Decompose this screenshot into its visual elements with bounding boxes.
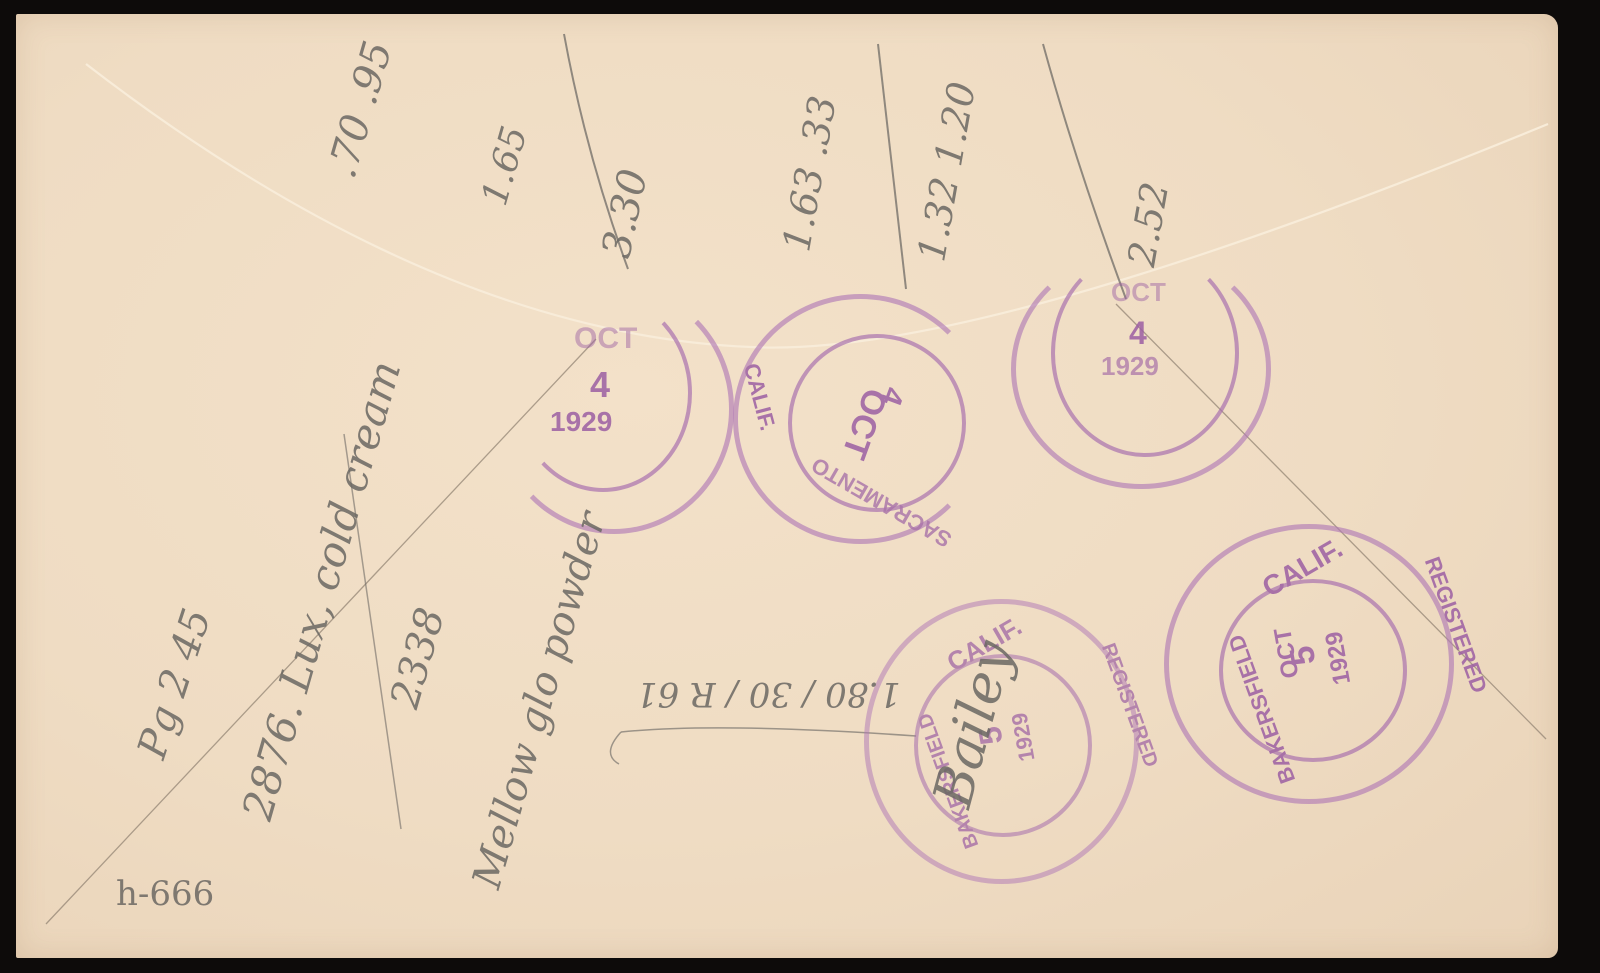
postmark-year: 1929 <box>550 406 612 438</box>
postmark-day: 4 <box>590 364 610 406</box>
postmark-year: 1929 <box>1101 351 1159 382</box>
postmark-bakersfield-registered-left: CALIF. REGISTERED BAKERSFIELD 5 1929 <box>864 599 1139 884</box>
pencil-note-bottom-left: h-666 <box>116 874 214 914</box>
postmark-sacramento-center: OCT 4 SACRAMENTO CALIF. <box>733 294 988 544</box>
pencil-note-middle: 1.80 / 30 / R 61 <box>636 674 901 714</box>
postmark-month: OCT <box>1111 277 1166 308</box>
postmark-day: 4 <box>1129 315 1147 352</box>
envelope-back: OCT 4 1929 OCT 4 SACRAMENTO CALIF. OCT 4… <box>16 14 1558 958</box>
postmark-month: OCT <box>574 322 637 356</box>
postmark-sacramento-left: OCT 4 1929 <box>494 284 734 534</box>
postmark-sacramento-right: OCT 4 1929 <box>1011 249 1271 489</box>
postmark-bakersfield-registered-right: CALIF. REGISTERED BAKERSFIELD OCT 5 1929 <box>1164 524 1454 804</box>
